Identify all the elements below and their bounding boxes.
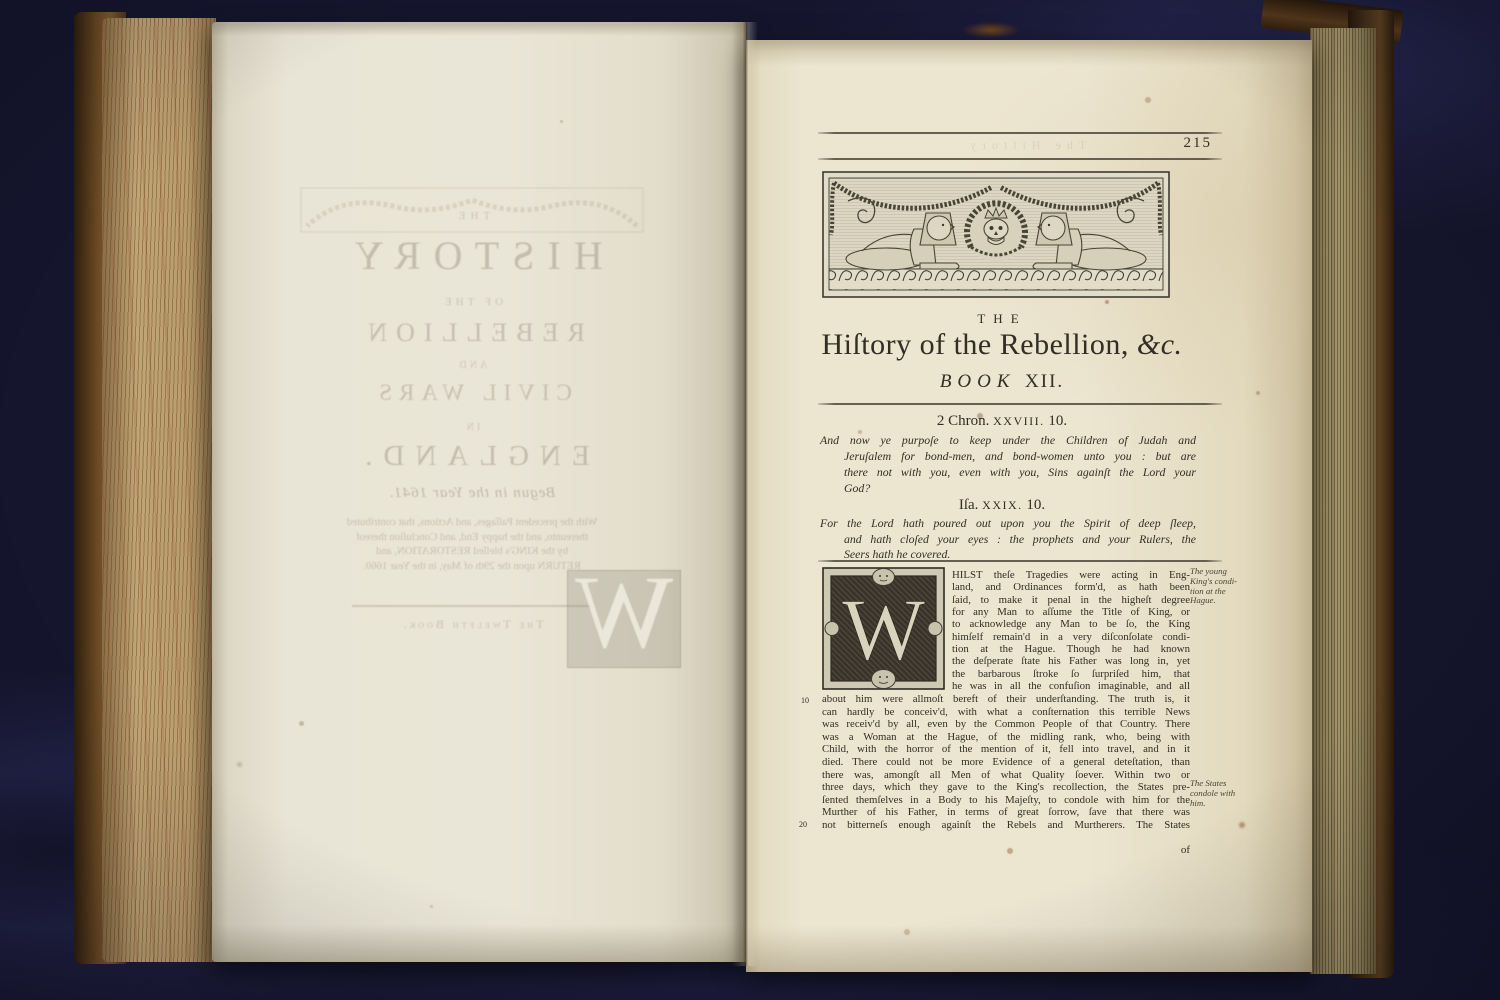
book-number-line: BOOK XII. (818, 371, 1186, 393)
scripture2-verse: 10. (1026, 497, 1045, 513)
headpiece-engraving (822, 171, 1170, 298)
top-edge-stain (962, 22, 1020, 38)
scripture2-chapter: XXIX. (982, 498, 1023, 512)
scripture1-verse: 10. (1048, 413, 1067, 429)
text-line: God? (820, 481, 1196, 497)
text-line: HILST theſe Tragedies were acting in Eng… (952, 569, 1190, 581)
text-line: there was, amongſt all Men of what Quali… (822, 769, 1190, 782)
text-line: the barbarous ſtroke ſo ſurpriſed him, t… (952, 668, 1190, 680)
text-line: Jeruſalem for bond-men, and bond-women u… (820, 449, 1196, 465)
scripture2-quote: For the Lord hath poured out upon you th… (820, 516, 1196, 563)
ghost-rule (352, 605, 592, 607)
ghost-drop-cap-w: W (568, 553, 680, 672)
book-word: BOOK (940, 371, 1016, 392)
text-line: and hath cloſed your eyes : the prophets… (820, 532, 1196, 548)
scripture1-chapter: XXVIII. (993, 414, 1045, 428)
text-line: was a Woman at the Hague, of the midling… (822, 731, 1190, 744)
drop-cap-letter: W (842, 582, 925, 679)
title-rule (818, 403, 1222, 405)
right-fore-edge (1310, 28, 1376, 974)
ghost-history: HISTORY (272, 232, 672, 279)
ghost-of-the: OF THE (272, 296, 672, 308)
text-line: ſaid, to make it penal in the higheſt de… (952, 594, 1190, 606)
text-line: Murther of his Father, in terms of great… (822, 806, 1190, 819)
text-line: about him were allmoſt bereft of their u… (822, 693, 1190, 706)
ghost-the: THE (272, 210, 672, 222)
text-line: died. There could not be more Evidence o… (822, 756, 1190, 769)
catchword: of (1122, 844, 1190, 856)
scripture2-heading: Iſa. XXIX. 10. (818, 497, 1186, 514)
text-line: For the Lord hath poured out upon you th… (820, 516, 1196, 532)
ghost-england: ENGLAND. (272, 440, 672, 473)
left-page-block-edges (102, 18, 216, 962)
ghost-in: IN (272, 422, 672, 433)
scripture2-book: Iſa. (959, 497, 979, 513)
text-line: to acknowledge any Man to be ſo, the Kin… (952, 618, 1190, 630)
paragraph-full-lines: about him were allmoſt bereft of their u… (822, 693, 1190, 832)
text-line: him. (1190, 799, 1252, 809)
text-line: land, and Ordinances form'd, as hath bee… (952, 581, 1190, 593)
text-line: he was in all the confuſion imaginable, … (952, 680, 1190, 692)
head-rule-lower (818, 158, 1222, 160)
title-kicker: THE (818, 311, 1186, 327)
paragraph-indented-lines: HILST theſe Tragedies were acting in Eng… (952, 569, 1190, 692)
ghost-civil-wars: CIVIL WARS (272, 380, 672, 406)
book-photograph: THE HISTORY OF THE REBELLION AND CIVIL W… (0, 0, 1500, 1000)
book-numeral: XII. (1025, 371, 1064, 392)
text-line: ſented themſelves in a Body to his Majeſ… (822, 794, 1190, 807)
text-line: thereunto, and the happy End, and Conclu… (272, 530, 672, 545)
scripture1-book: 2 Chron. (937, 413, 990, 429)
text-line: himſelf remain'd in a very diſconſolate … (952, 631, 1190, 643)
gutter-fold (732, 22, 758, 966)
title-etc: &c. (1137, 328, 1183, 361)
text-line: Child, with the horror of the mention of… (822, 743, 1190, 756)
line-marker-10: 10 (801, 696, 809, 705)
running-head-show-through: The Hiſtory (930, 138, 1120, 153)
text-line: not bitterneſs enough againſt the Rebels… (822, 819, 1190, 832)
title-text: Hiſtory of the Rebellion, (821, 328, 1136, 361)
margin-note-states-condole: The Statescondole withhim. (1190, 779, 1252, 808)
page-number: 215 (1120, 135, 1212, 152)
text-line: was receiv'd by all, even by the Common … (822, 718, 1190, 731)
text-line: tion at the Hague. Though he had known (952, 643, 1190, 655)
head-rule-upper (818, 132, 1222, 134)
margin-note-kings-condition: The youngKing's condi-tion at theHague. (1190, 567, 1252, 606)
foxing-spots (0, 0, 3, 3)
text-line: there not with you, even with you, Sins … (820, 465, 1196, 481)
ghost-begun-line: Begun in the Year 1641. (272, 485, 672, 502)
scripture1-quote: And now ye purpoſe to keep under the Chi… (820, 433, 1196, 497)
text-line: Hague. (1190, 596, 1252, 606)
ghost-and: AND (272, 360, 672, 371)
ghost-rebellion: REBELLION (272, 318, 672, 348)
page-title: Hiſtory of the Rebellion, &c. (780, 328, 1224, 362)
text-line: for any Man to aſſume the Title of King,… (952, 606, 1190, 618)
scripture1-heading: 2 Chron. XXVIII. 10. (818, 413, 1186, 430)
drop-cap-block: W (822, 567, 945, 690)
line-marker-20: 20 (799, 820, 807, 829)
text-line: the deſperate ſtate his Father was long … (952, 655, 1190, 667)
text-line: With the precedent Paſſages, and Actions… (272, 515, 672, 530)
text-line: can hardly be conceiv'd, with what a con… (822, 706, 1190, 719)
text-rule (818, 560, 1222, 562)
ghost-drop-cap-block: W (567, 570, 681, 668)
text-line: And now ye purpoſe to keep under the Chi… (820, 433, 1196, 449)
text-line: three days, which they gave to the King'… (822, 781, 1190, 794)
